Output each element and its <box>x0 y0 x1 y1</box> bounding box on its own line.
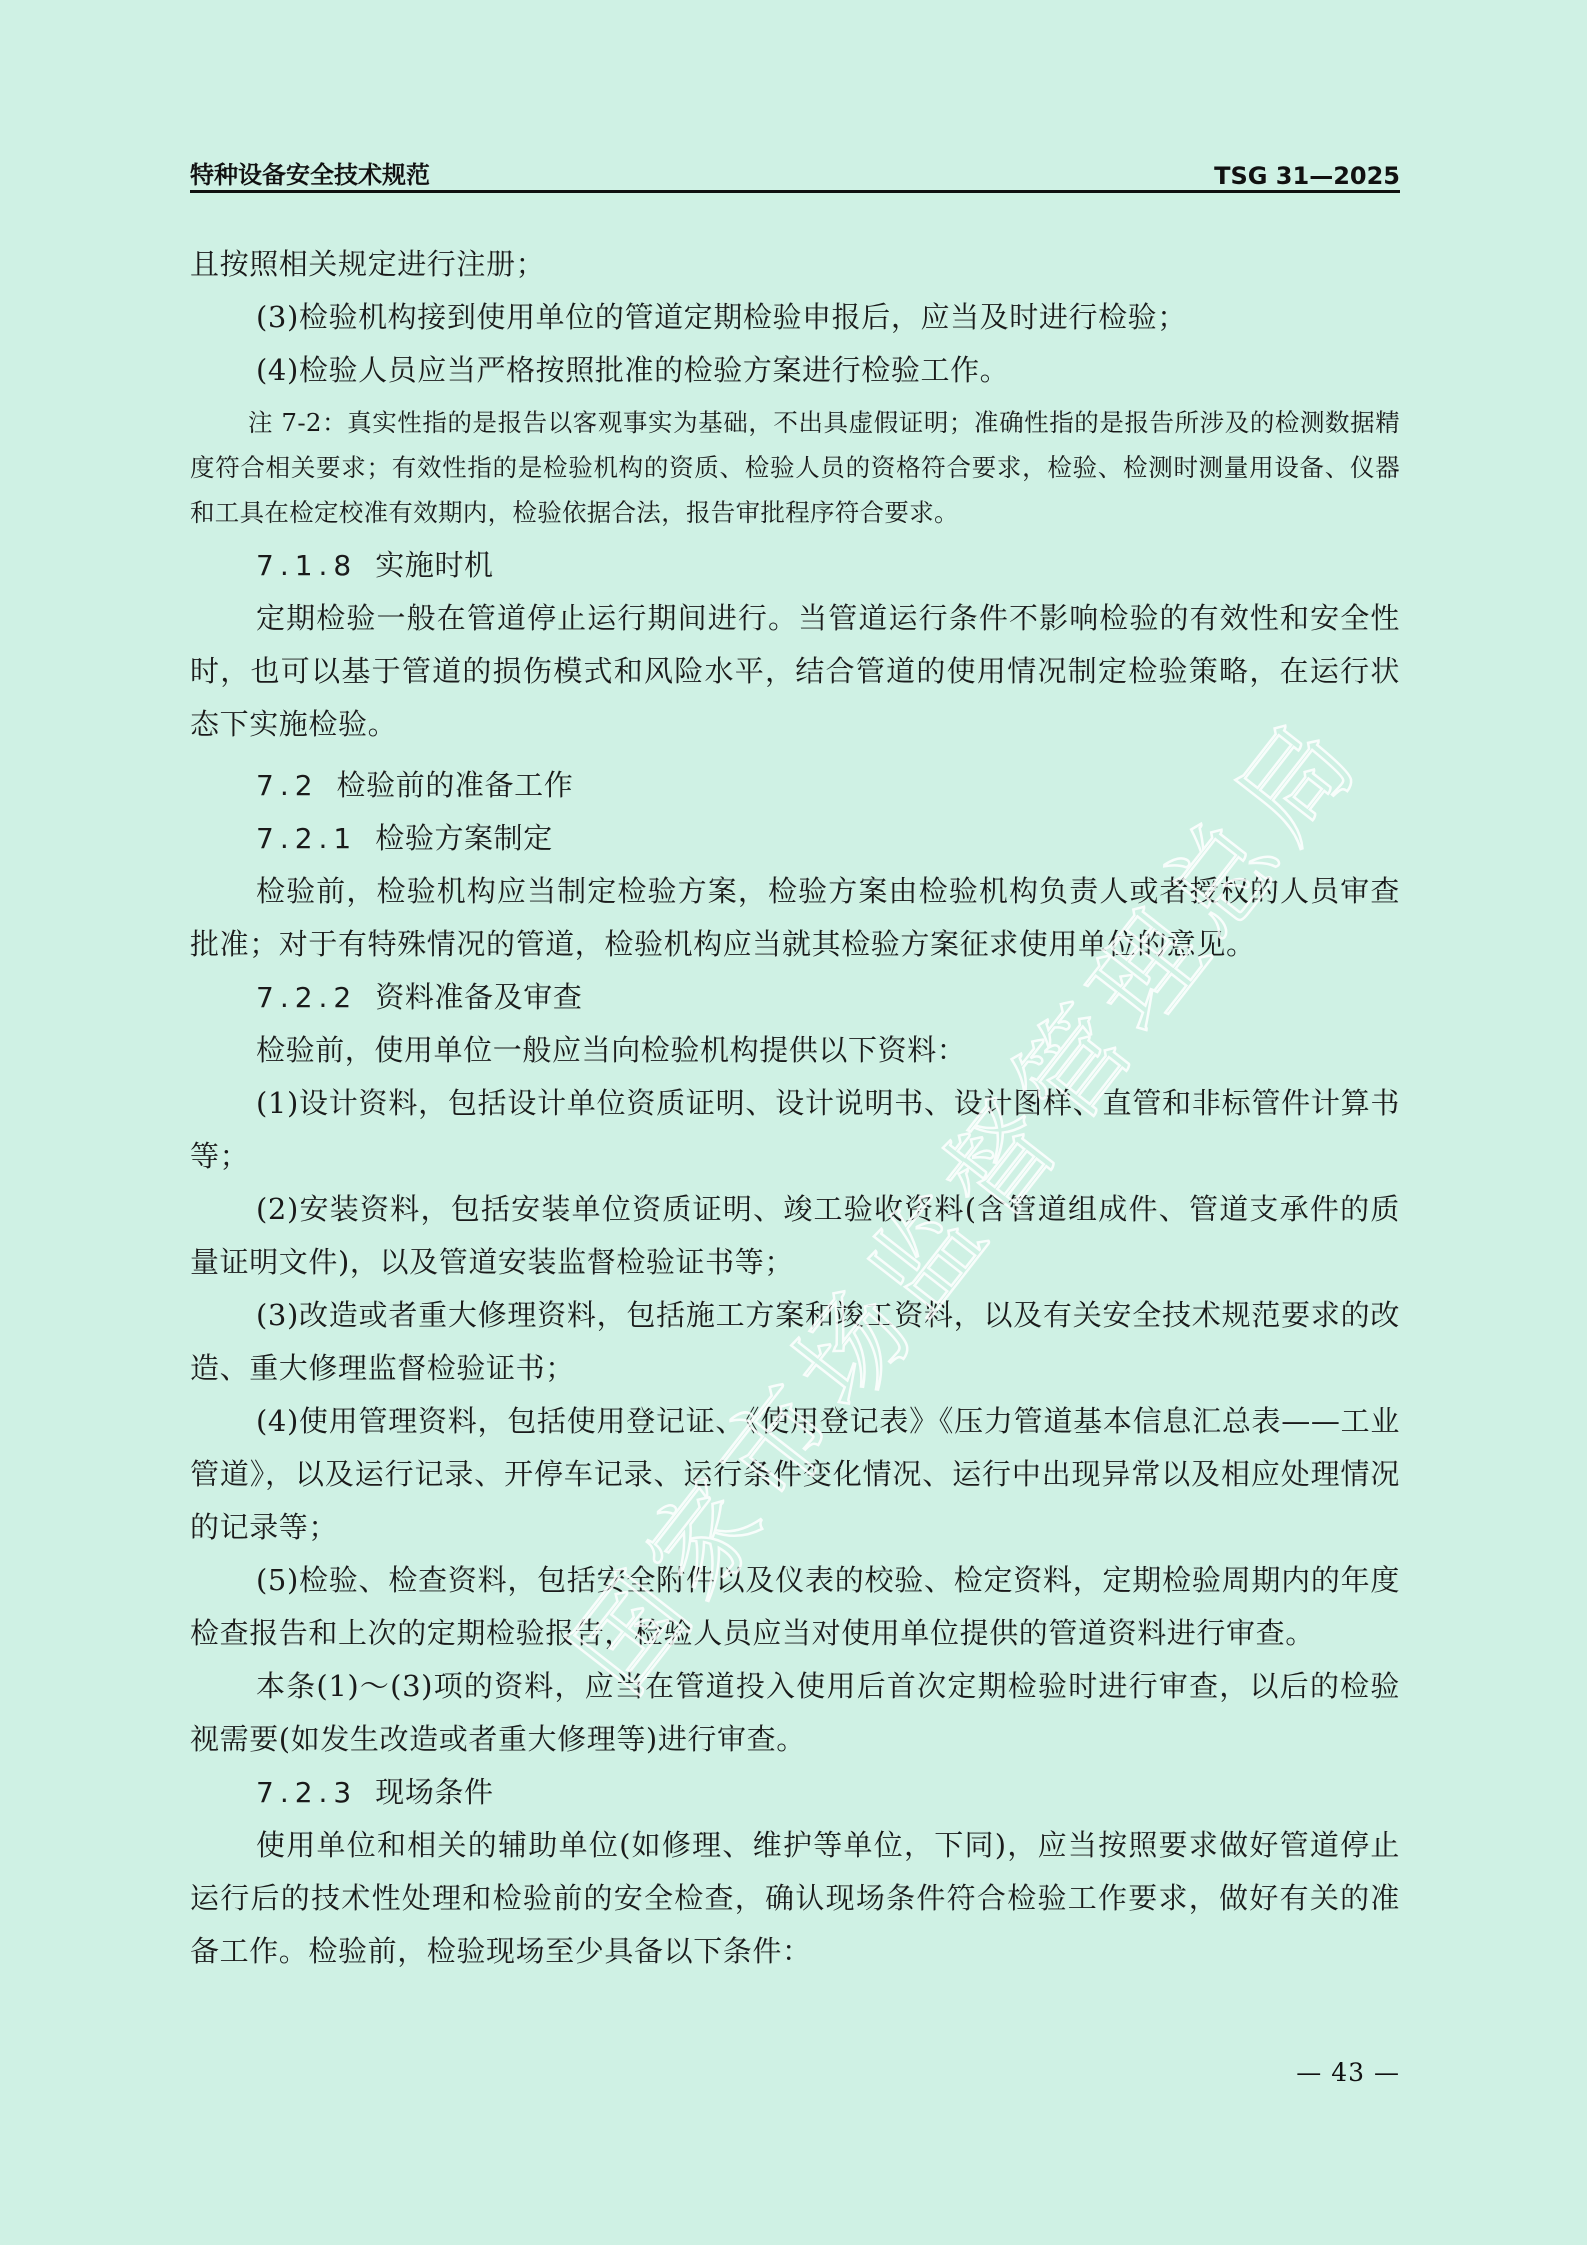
list-item: (5)检验、检查资料，包括安全附件以及仪表的校验、检定资料，定期检验周期内的年度… <box>190 1554 1400 1660</box>
list-item-4: (4)检验人员应当严格按照批准的检验方案进行检验工作。 <box>190 344 1400 397</box>
section-title: 资料准备及审查 <box>375 980 582 1014</box>
section-heading-7-2: 7.2检验前的准备工作 <box>190 759 1400 812</box>
document-page: 特种设备安全技术规范 TSG 31—2025 且按照相关规定进行注册； (3)检… <box>190 0 1400 2245</box>
section-title: 检验前的准备工作 <box>337 768 574 802</box>
section-heading-7-2-1: 7.2.1检验方案制定 <box>190 812 1400 865</box>
section-number: 7.2.3 <box>256 1766 357 1819</box>
running-header: 特种设备安全技术规范 TSG 31—2025 <box>190 150 1400 190</box>
list-item: (3)改造或者重大修理资料，包括施工方案和竣工资料，以及有关安全技术规范要求的改… <box>190 1289 1400 1395</box>
paragraph-7-2-2-intro: 检验前，使用单位一般应当向检验机构提供以下资料： <box>190 1024 1400 1077</box>
header-series-title: 特种设备安全技术规范 <box>190 155 430 190</box>
section-heading-7-1-8: 7.1.8实施时机 <box>190 539 1400 592</box>
list-item: (4)使用管理资料，包括使用登记证、《使用登记表》《压力管道基本信息汇总表——工… <box>190 1395 1400 1554</box>
section-heading-7-2-3: 7.2.3现场条件 <box>190 1766 1400 1819</box>
section-heading-7-2-2: 7.2.2资料准备及审查 <box>190 971 1400 1024</box>
header-standard-code: TSG 31—2025 <box>1214 162 1400 190</box>
paragraph-7-2-1: 检验前，检验机构应当制定检验方案，检验方案由检验机构负责人或者授权的人员审查批准… <box>190 865 1400 971</box>
section-number: 7.2 <box>256 759 319 812</box>
section-title: 实施时机 <box>375 548 493 582</box>
paragraph-7-1-8: 定期检验一般在管道停止运行期间进行。当管道运行条件不影响检验的有效性和安全性时，… <box>190 592 1400 751</box>
paragraph-7-2-2-note: 本条(1)～(3)项的资料，应当在管道投入使用后首次定期检验时进行审查，以后的检… <box>190 1660 1400 1766</box>
list-item: (1)设计资料，包括设计单位资质证明、设计说明书、设计图样、直管和非标管件计算书… <box>190 1077 1400 1183</box>
list-item-3: (3)检验机构接到使用单位的管道定期检验申报后，应当及时进行检验； <box>190 291 1400 344</box>
note-7-2: 注 7-2：真实性指的是报告以客观事实为基础，不出具虚假证明；准确性指的是报告所… <box>190 400 1400 535</box>
document-body: 且按照相关规定进行注册； (3)检验机构接到使用单位的管道定期检验申报后，应当及… <box>190 238 1400 1978</box>
paragraph-7-2-3: 使用单位和相关的辅助单位(如修理、维护等单位，下同)，应当按照要求做好管道停止运… <box>190 1819 1400 1978</box>
section-title: 现场条件 <box>375 1775 493 1809</box>
section-number: 7.2.2 <box>256 971 357 1024</box>
paragraph-continuation: 且按照相关规定进行注册； <box>190 238 1400 291</box>
page-number: — 43 — <box>1296 2058 1400 2087</box>
list-item: (2)安装资料，包括安装单位资质证明、竣工验收资料(含管道组成件、管道支承件的质… <box>190 1183 1400 1289</box>
section-number: 7.1.8 <box>256 539 357 592</box>
section-title: 检验方案制定 <box>375 821 553 855</box>
section-number: 7.2.1 <box>256 812 357 865</box>
header-divider <box>190 190 1400 193</box>
